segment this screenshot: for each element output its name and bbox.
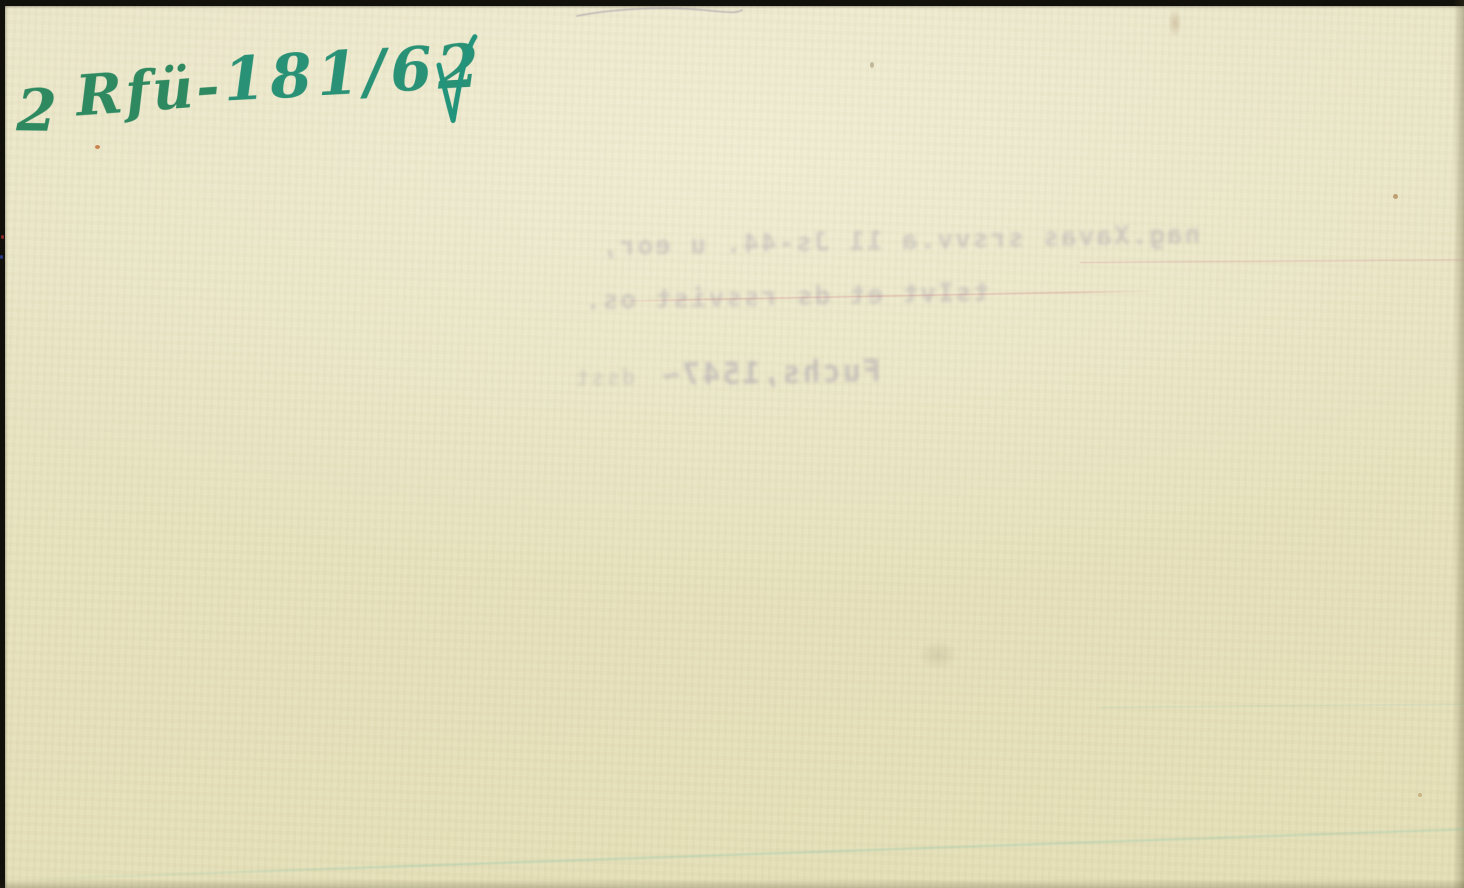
ruled-line-teal <box>40 828 1464 880</box>
scan-edge-right-shadow <box>1453 0 1464 888</box>
paper-speck <box>1393 194 1398 199</box>
scan-strip-blue-dot <box>0 255 3 259</box>
ruled-line-teal <box>1100 704 1464 708</box>
checkmark-icon <box>432 34 484 136</box>
pencil-mark <box>575 4 745 22</box>
scan-edge-left <box>0 0 5 888</box>
annotation-word: Rfü- <box>74 53 225 130</box>
bleedthrough-line: Fuchs,1547~ <box>660 354 881 394</box>
scan-strip-red-dot <box>1 235 4 239</box>
bleedthrough-line: dsst <box>574 365 635 391</box>
paper-smudge <box>1168 8 1182 38</box>
scan-edge-bottom-shadow <box>0 879 1464 888</box>
paper-speck <box>870 62 874 68</box>
bleedthrough-line: nag.Xavas srsvv.a 11 Js-44. u eor, <box>600 220 1201 263</box>
bleedthrough-line: tsIvt et ds rssvist os. <box>583 278 990 316</box>
handwritten-reference-number: 2 Rfü- 181/62 <box>8 30 512 159</box>
ruled-line-pink <box>1080 259 1464 263</box>
paper-smudge <box>918 640 958 670</box>
annotation-digit: 2 <box>16 76 57 145</box>
scanned-archival-card: nag.Xavas srsvv.a 11 Js-44. u eor, tsIvt… <box>0 0 1464 888</box>
paper-speck <box>1418 793 1422 797</box>
